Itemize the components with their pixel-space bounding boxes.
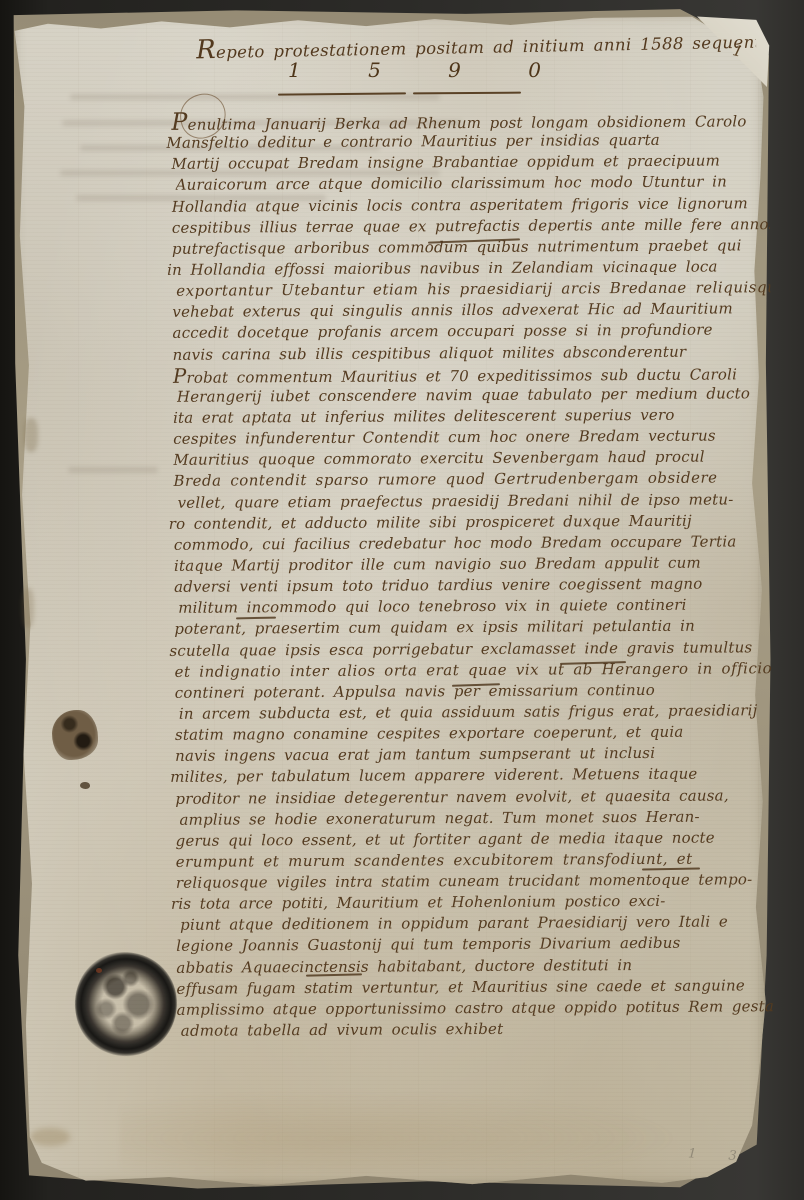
edge-stain — [30, 1128, 70, 1146]
manuscript-line: admota tabella ad vivum oculis exhibet — [181, 1017, 775, 1042]
manuscript-scan: { "document": { "header_line": "Repeto p… — [0, 0, 804, 1200]
manuscript-line: Breda contendit sparso rumore quod Gertr… — [173, 468, 771, 493]
manuscript-line: Herangerij iubet conscendere navim quae … — [177, 383, 771, 408]
manuscript-line: Auraicorum arce atque domicilio clarissi… — [176, 172, 770, 197]
manuscript-line: in arcem subducta est, et quia assiduum … — [179, 700, 773, 725]
year-heading: 1 5 9 0 — [288, 58, 558, 82]
manuscript-line: milites, per tabulatum lucem apparere vi… — [170, 764, 773, 789]
manuscript-line: reliquosque vigiles intra statim cuneam … — [176, 869, 774, 894]
manuscript-line: et indignatio inter alios orta erat quae… — [175, 658, 773, 683]
manuscript-body: Penultima Januarij Berka ad Rhenum post … — [171, 108, 775, 1042]
manuscript-line: accedit docetque profanis arcem occupari… — [172, 320, 770, 345]
manuscript-line: poterant, praesertim cum quidam ex ipsis… — [174, 616, 772, 641]
scan-background: Repeto protestationem positam ad initium… — [0, 0, 804, 1200]
bottom-stain — [120, 1090, 680, 1170]
pencil-foliation: 1 3 — [688, 1146, 751, 1164]
manuscript-line: piunt atque deditionem in oppidum parant… — [180, 912, 774, 937]
manuscript-line: amplissimo atque opportunissimo castro a… — [177, 996, 775, 1021]
ink-blot — [52, 710, 98, 760]
ink-dot — [80, 782, 90, 789]
manuscript-line: Penultima Januarij Berka ad Rhenum post … — [171, 108, 769, 133]
edge-stain — [22, 588, 34, 628]
edge-stain — [24, 418, 38, 452]
stamp-red-fleck — [96, 968, 102, 973]
manuscript-line: statim magno conamine cespites exportare… — [175, 721, 773, 746]
